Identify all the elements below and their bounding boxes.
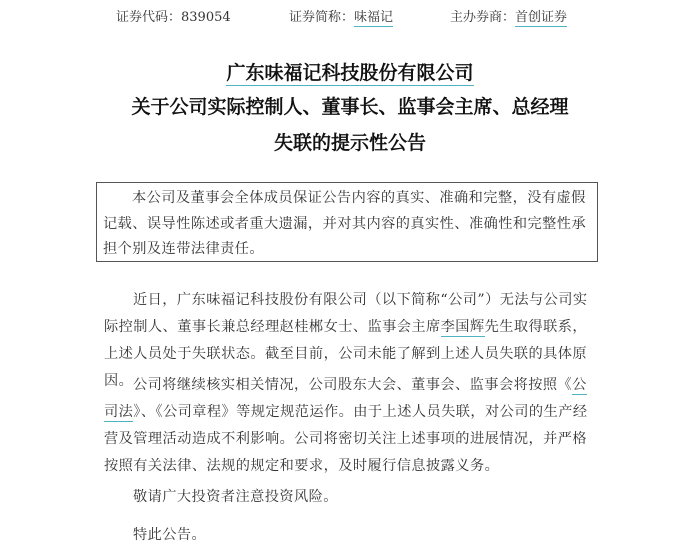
security-abbr-link[interactable]: 味福记 [354,10,393,27]
security-code: 证券代码：839054 [116,6,231,25]
security-code-label: 证券代码： [116,10,181,25]
company-title: 广东味福记科技股份有限公司 [0,58,700,85]
announcement-title-line3: 失联的提示性公告 [0,128,700,155]
sponsor-broker: 主办券商：首创证券 [450,6,567,25]
closing-text: 特此公告。 [133,527,206,543]
sponsor-broker-label: 主办券商： [450,10,515,25]
disclaimer-text: 本公司及董事会全体成员保证公告内容的真实、准确和完整，没有虚假记载、误导性陈述或… [103,190,586,257]
paragraph-2: 公司将继续核实相关情况，公司股东大会、董事会、监事会将按照《公司法》、《公司章程… [104,372,600,480]
person-link[interactable]: 李国辉 [441,319,485,337]
p2-text-before: 公司将继续核实相关情况，公司股东大会、董事会、监事会将按照《 [133,377,572,393]
sponsor-broker-link[interactable]: 首创证券 [515,10,567,27]
document-header: 证券代码：839054 证券简称：味福记 主办券商：首创证券 [116,6,596,28]
security-abbr-label: 证券简称： [289,10,354,25]
disclaimer-box: 本公司及董事会全体成员保证公告内容的真实、准确和完整，没有虚假记载、误导性陈述或… [96,182,598,262]
security-code-value: 839054 [181,10,231,25]
security-abbr: 证券简称：味福记 [289,6,393,25]
company-name-link[interactable]: 广东味福记科技股份有限公司 [226,62,473,86]
risk-warning-text: 敬请广大投资者注意投资风险。 [133,489,338,505]
paragraph-3: 敬请广大投资者注意投资风险。 [104,484,600,511]
announcement-title-line2: 关于公司实际控制人、董事长、监事会主席、总经理 [0,92,700,119]
p2-text-after: 》、《公司章程》等规定规范运作。由于上述人员失联，对公司的生产经营及管理活动造成… [104,404,587,474]
paragraph-4: 特此公告。 [104,522,600,549]
